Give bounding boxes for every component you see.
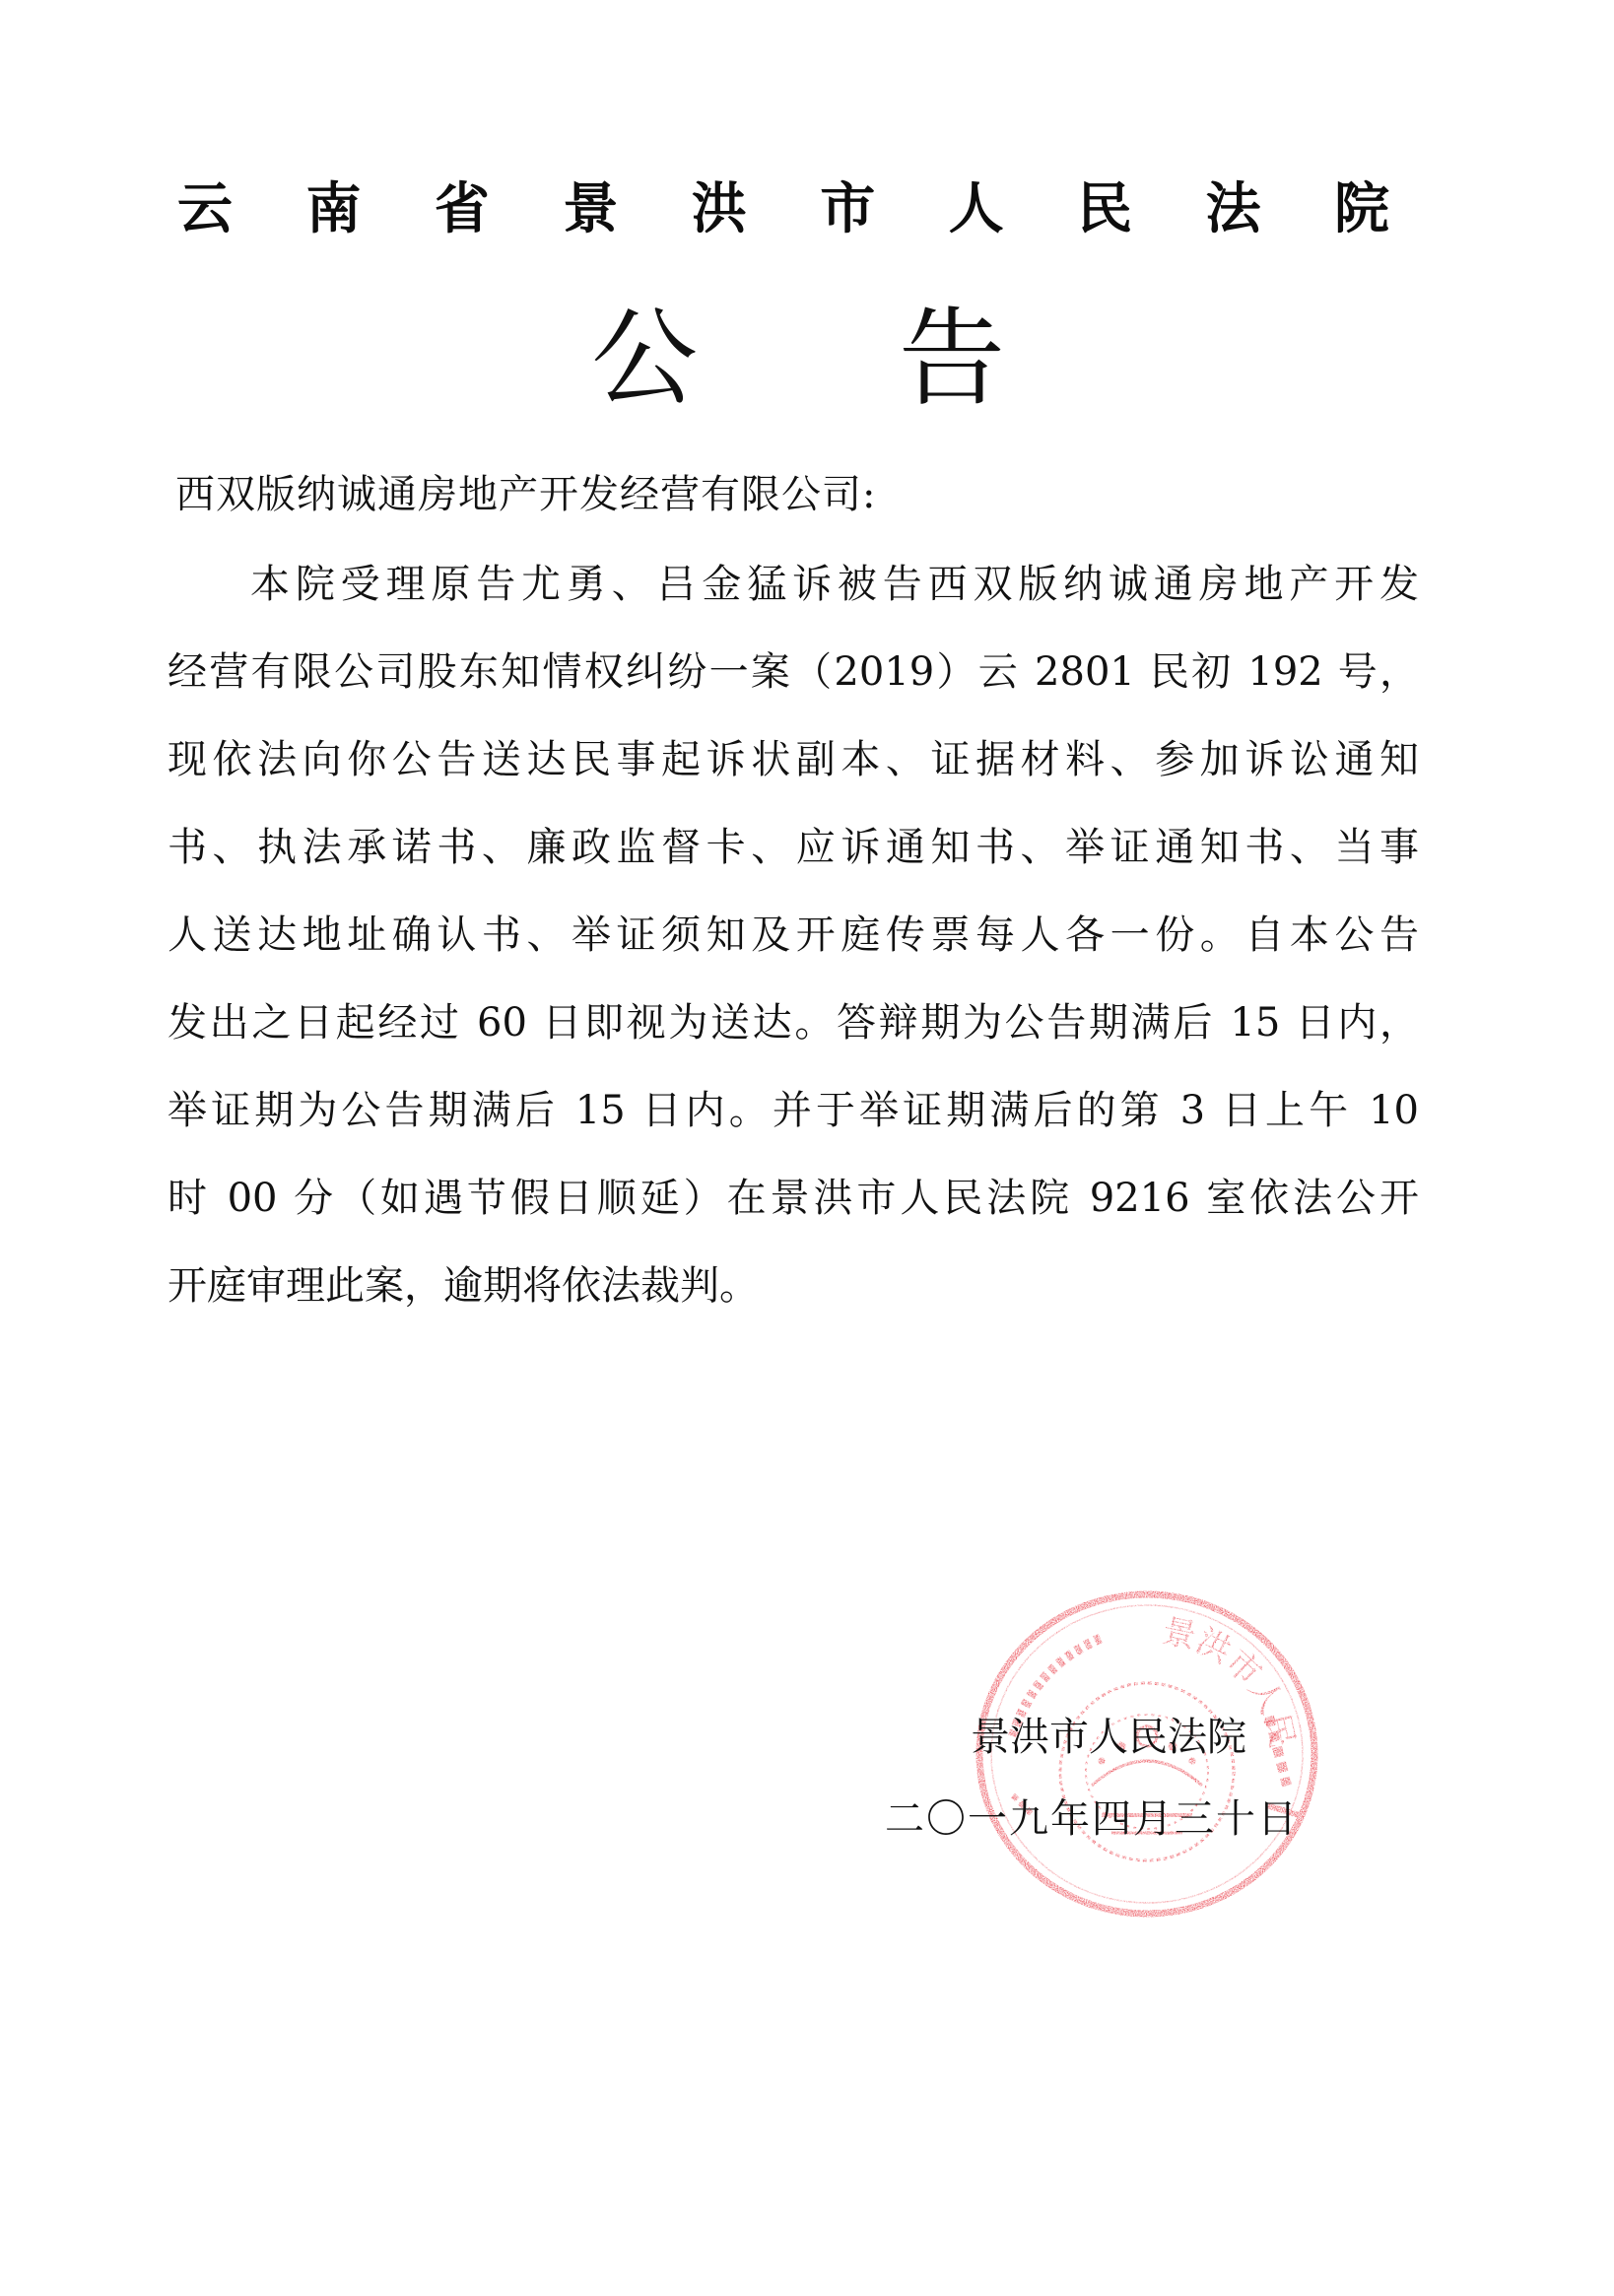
court-name-char: 法 xyxy=(1206,175,1261,244)
court-notice-page: 云 南 省 景 洪 市 人 民 法 院 公 告 西双版纳诚通房地产开发经营有限公… xyxy=(0,0,1614,2296)
signing-court: 景洪市人民法院 xyxy=(971,1713,1246,1762)
court-name-char: 洪 xyxy=(692,175,747,244)
body-line: 本院受理原告尤勇、吕金猛诉被告西双版纳诚通房地产开发 xyxy=(168,555,1419,642)
body-line: 人送达地址确认书、举证须知及开庭传票每人各一份。自本公告 xyxy=(168,906,1419,993)
notice-title: 公 告 xyxy=(591,296,1005,424)
court-name-heading: 云 南 省 景 洪 市 人 民 法 院 xyxy=(177,175,1389,244)
court-name-char: 南 xyxy=(305,175,361,244)
svg-text:景洪市人民法院: 景洪市人民法院 xyxy=(974,1588,1302,1751)
body-line: 书、执法承诺书、廉政监督卡、应诉通知书、举证通知书、当事 xyxy=(168,818,1419,906)
notice-title-char: 公 xyxy=(591,296,698,424)
body-line: 举证期为公告期满后 15 日内。并于举证期满后的第 3 日上午 10 xyxy=(168,1081,1419,1169)
notice-body: 本院受理原告尤勇、吕金猛诉被告西双版纳诚通房地产开发 经营有限公司股东知情权纠纷… xyxy=(168,555,1419,1344)
body-line: 开庭审理此案，逾期将依法裁判。 xyxy=(168,1256,1419,1344)
court-name-char: 院 xyxy=(1334,175,1389,244)
body-line: 发出之日起经过 60 日即视为送达。答辩期为公告期满后 15 日内， xyxy=(168,993,1419,1081)
court-name-char: 民 xyxy=(1077,175,1132,244)
body-line: 现依法向你公告送达民事起诉状副本、证据材料、参加诉讼通知 xyxy=(168,730,1419,818)
signing-date: 二〇一九年四月三十日 xyxy=(885,1794,1299,1844)
court-name-char: 人 xyxy=(949,175,1004,244)
notice-title-char: 告 xyxy=(899,296,1005,424)
court-name-char: 云 xyxy=(177,175,233,244)
body-line: 经营有限公司股东知情权纠纷一案（2019）云 2801 民初 192 号， xyxy=(168,642,1419,730)
court-name-char: 市 xyxy=(820,175,875,244)
body-line: 时 00 分（如遇节假日顺延）在景洪市人民法院 9216 室依法公开 xyxy=(168,1169,1419,1256)
court-name-char: 景 xyxy=(563,175,618,244)
court-name-char: 省 xyxy=(435,175,490,244)
addressee: 西双版纳诚通房地产开发经营有限公司: xyxy=(175,465,876,524)
official-seal-icon: 景洪市人民法院 xyxy=(974,1588,1320,1920)
